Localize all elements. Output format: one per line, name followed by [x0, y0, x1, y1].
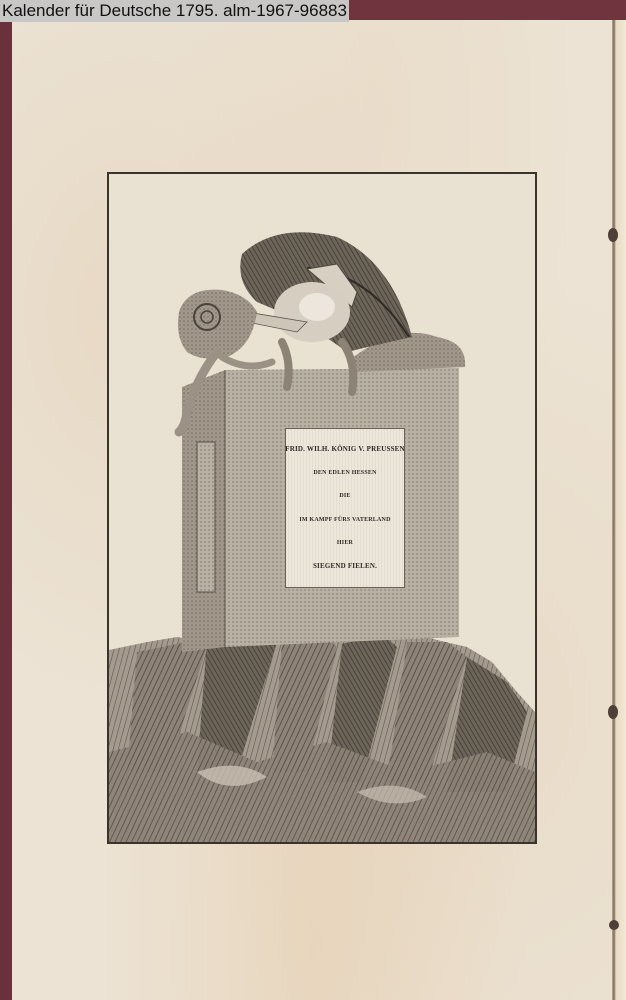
binding-hole-icon: [608, 228, 618, 242]
window-title: Kalender für Deutsche 1795. alm-1967-968…: [0, 0, 349, 22]
monument-inscription-plaque: FRID. WILH. KÖNIG V. PREUSSEN DEN EDLEN …: [285, 428, 405, 588]
binding-hole-icon: [609, 920, 619, 930]
book-cover-left: [0, 0, 12, 1000]
inscription-line: IM KAMPF FÜRS VATERLAND: [299, 517, 390, 523]
inscription-line: FRID. WILH. KÖNIG V. PREUSSEN: [285, 446, 405, 453]
page-gutter: [612, 20, 626, 1000]
inscription-line: DIE: [339, 493, 350, 499]
binding-hole-icon: [608, 705, 618, 719]
inscription-line: DEN EDLEN HESSEN: [313, 470, 376, 476]
inscription-line: HIER: [337, 540, 353, 546]
inscription-line: SIEGEND FIELEN.: [313, 563, 377, 570]
